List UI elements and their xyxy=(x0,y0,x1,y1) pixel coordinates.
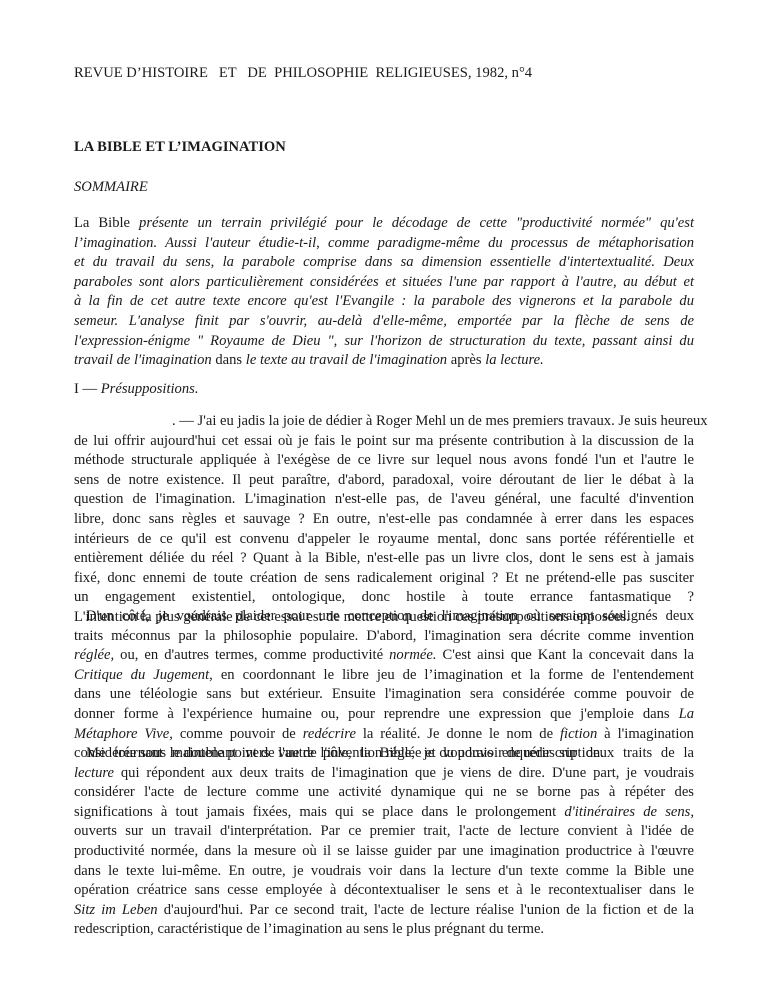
text-run: ouverts sur un travail d'interprétation.… xyxy=(74,823,694,839)
italic-run: présente un terrain privilégié pour le d… xyxy=(139,215,694,231)
text-line: La Bible présente un terrain privilégié … xyxy=(74,214,694,234)
text-line: Critique du Jugement, en coordonnant le … xyxy=(74,666,694,686)
text-run: considérer l'acte de lecture comme une a… xyxy=(74,784,694,800)
text-line: D'un côté, je voudrais plaider pour une … xyxy=(74,607,694,627)
text-run: C'est ainsi que Kant la concevait dans l… xyxy=(437,647,694,663)
text-run: dans le texte lui-même. En outre, je vou… xyxy=(74,863,694,879)
italic-run: La xyxy=(679,706,694,722)
italic-run: à la fin de cet autre texte encore qu'es… xyxy=(74,293,694,309)
text-run: sens de notre existence. Il peut paraîtr… xyxy=(74,472,694,488)
text-run: traits méconnus par la philosophie popul… xyxy=(74,628,694,644)
text-line: méthode structurale appliquée à l'exégès… xyxy=(74,451,694,471)
italic-run: le texte au travail de l'imagination xyxy=(246,352,447,368)
text-run: méthode structurale appliquée à l'exégès… xyxy=(74,452,694,468)
section-heading: I — Présuppositions. xyxy=(74,380,694,400)
article-title: LA BIBLE ET L’IMAGINATION xyxy=(74,138,694,158)
italic-run: l’imagination. Aussi l'auteur étudie-t-i… xyxy=(74,235,694,251)
text-run: intérieurs de ce qu'il est convenu d'app… xyxy=(74,531,694,547)
text-run: La Bible xyxy=(74,215,139,231)
italic-run: travail de l'imagination xyxy=(74,352,212,368)
italic-run: semeur. L'analyse finit par s'ouvrir, au… xyxy=(74,313,694,329)
text-run: comme pouvoir de xyxy=(173,726,303,742)
text-line: Sitz im Leben d'aujourd'hui. Par ce seco… xyxy=(74,901,694,921)
text-run: opération créatrice sans cesse employée … xyxy=(74,882,694,898)
text-line: question de l'imagination. L'imagination… xyxy=(74,490,694,510)
italic-run: Sitz im Leben xyxy=(74,902,158,918)
text-line: fixé, donc ennemi de toute création de s… xyxy=(74,569,694,589)
text-run: à l'imagination xyxy=(597,726,694,742)
italic-run: réglée, xyxy=(74,647,114,663)
text-line: productivité normée, dans la mesure où i… xyxy=(74,842,694,862)
text-line: ouverts sur un travail d'interprétation.… xyxy=(74,822,694,842)
section-number: I — xyxy=(74,381,101,397)
text-line: donner forme à l'expérience humaine ou, … xyxy=(74,705,694,725)
text-line: lecture qui répondent aux deux traits de… xyxy=(74,764,694,784)
text-line: opération créatrice sans cesse employée … xyxy=(74,881,694,901)
paragraph-3: Me tournant maintenant vers l'autre pôle… xyxy=(74,744,694,940)
text-run: dans une téléologie sans but extérieur. … xyxy=(74,686,694,702)
sommaire-heading: SOMMAIRE xyxy=(74,178,694,198)
text-run: après xyxy=(447,352,485,368)
italic-run: d'itinéraires de sens, xyxy=(564,804,694,820)
text-run: qui répondent aux deux traits de l'imagi… xyxy=(114,765,694,781)
text-run: productivité normée, dans la mesure où i… xyxy=(74,843,694,859)
text-run: ou, en d'autres termes, comme productivi… xyxy=(114,647,389,663)
text-line: dans le texte lui-même. En outre, je vou… xyxy=(74,862,694,882)
italic-run: Métaphore Vive, xyxy=(74,726,173,742)
text-run: libre, donc sans règles et sauvage ? En … xyxy=(74,511,694,527)
abstract-paragraph: La Bible présente un terrain privilégié … xyxy=(74,214,694,371)
text-line: redescription, caractéristique de l’imag… xyxy=(74,920,694,940)
text-run: D'un côté, je voudrais plaider pour une … xyxy=(86,608,694,624)
italic-run: et du travail du sens, la parabole compr… xyxy=(74,254,694,270)
journal-header: REVUE D’HISTOIRE ET DE PHILOSOPHIE RELIG… xyxy=(74,64,694,84)
text-run: un engagement existentiel, ontologique, … xyxy=(74,589,694,605)
italic-run: l'expression-énigme " Royaume de Dieu ",… xyxy=(74,333,694,349)
italic-run: normée. xyxy=(389,647,436,663)
text-line: l'expression-énigme " Royaume de Dieu ",… xyxy=(74,332,694,352)
text-line: Me tournant maintenant vers l'autre pôle… xyxy=(74,744,694,764)
text-run: Me tournant maintenant vers l'autre pôle… xyxy=(86,745,694,761)
text-line: traits méconnus par la philosophie popul… xyxy=(74,627,694,647)
text-line: travail de l'imagination dans le texte a… xyxy=(74,351,694,371)
text-run: donner forme à l'expérience humaine ou, … xyxy=(74,706,679,722)
paragraph-1: . — J'ai eu jadis la joie de dédier à Ro… xyxy=(74,412,694,628)
text-line: . — J'ai eu jadis la joie de dédier à Ro… xyxy=(74,412,694,432)
text-line: libre, donc sans règles et sauvage ? En … xyxy=(74,510,694,530)
text-line: intérieurs de ce qu'il est convenu d'app… xyxy=(74,530,694,550)
document-page: REVUE D’HISTOIRE ET DE PHILOSOPHIE RELIG… xyxy=(0,0,768,994)
paragraph-2: D'un côté, je voudrais plaider pour une … xyxy=(74,607,694,764)
text-line: entièrement déliée du réel ? Quant à la … xyxy=(74,549,694,569)
section-title: Présuppositions. xyxy=(101,381,199,397)
text-line: dans une téléologie sans but extérieur. … xyxy=(74,685,694,705)
text-line: significations à tout jamais fixées, mai… xyxy=(74,803,694,823)
text-line: à la fin de cet autre texte encore qu'es… xyxy=(74,292,694,312)
text-line: et du travail du sens, la parabole compr… xyxy=(74,253,694,273)
text-run: redescription, caractéristique de l’imag… xyxy=(74,921,544,937)
text-line: réglée, ou, en d'autres termes, comme pr… xyxy=(74,646,694,666)
text-line: paraboles sont alors particulièrement co… xyxy=(74,273,694,293)
text-line: semeur. L'analyse finit par s'ouvrir, au… xyxy=(74,312,694,332)
text-line: un engagement existentiel, ontologique, … xyxy=(74,588,694,608)
text-line: considérer l'acte de lecture comme une a… xyxy=(74,783,694,803)
text-run: entièrement déliée du réel ? Quant à la … xyxy=(74,550,694,566)
italic-run: paraboles sont alors particulièrement co… xyxy=(74,274,694,290)
text-line: de lui offrir aujourd'hui cet essai où j… xyxy=(74,432,694,452)
italic-run: la lecture. xyxy=(485,352,544,368)
text-run: . — J'ai eu jadis la joie de dédier à Ro… xyxy=(172,413,708,429)
text-run: dans xyxy=(212,352,246,368)
text-run: question de l'imagination. L'imagination… xyxy=(74,491,694,507)
text-line: Métaphore Vive, comme pouvoir de redécri… xyxy=(74,725,694,745)
text-run: en coordonnant le libre jeu de l’imagina… xyxy=(213,667,694,683)
text-run: de lui offrir aujourd'hui cet essai où j… xyxy=(74,433,694,449)
text-run: d'aujourd'hui. Par ce second trait, l'ac… xyxy=(158,902,694,918)
italic-run: fiction xyxy=(560,726,597,742)
text-run: fixé, donc ennemi de toute création de s… xyxy=(74,570,694,586)
text-run: significations à tout jamais fixées, mai… xyxy=(74,804,564,820)
italic-run: Critique du Jugement, xyxy=(74,667,213,683)
text-line: sens de notre existence. Il peut paraîtr… xyxy=(74,471,694,491)
italic-run: lecture xyxy=(74,765,114,781)
text-run: la réalité. Je donne le nom de xyxy=(356,726,560,742)
italic-run: redécrire xyxy=(303,726,356,742)
text-line: l’imagination. Aussi l'auteur étudie-t-i… xyxy=(74,234,694,254)
